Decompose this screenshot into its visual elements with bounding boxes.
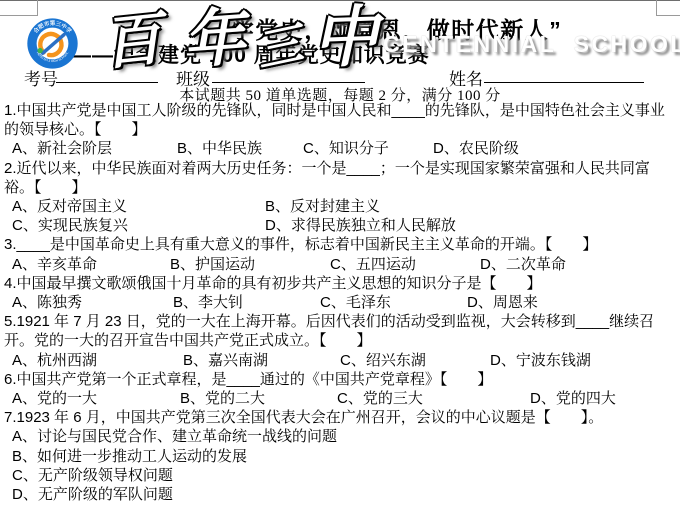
question-5: 5.1921 年 7 月 23 日，党的一大在上海开幕。后因代表们的活动受到监视…	[4, 312, 676, 370]
question-options: A、陈独秀 B、李大钊 C、毛泽东 D、周恩来	[4, 293, 676, 312]
question-options: A、反对帝国主义 B、反对封建主义 C、实现民族复兴 D、求得民族独立和人民解放	[4, 197, 676, 235]
option: C、实现民族复兴	[12, 216, 265, 235]
question-options: A、新社会阶层 B、中华民族 C、知识分子 D、农民阶级	[4, 139, 676, 158]
option: D、党的四大	[530, 389, 616, 408]
question-3: 3.____是中国革命史上具有重大意义的事件，标志着中国新民主主义革命的开端。【…	[4, 235, 676, 273]
question-text: 4.中国最早撰文歌颂俄国十月革命的具有初步共产主义思想的知识分子是【 】	[4, 274, 676, 293]
question-text: 3.____是中国革命史上具有重大意义的事件，标志着中国新民主主义革命的开端。【…	[4, 235, 676, 254]
option: B、党的二大	[180, 389, 337, 408]
question-options: A、杭州西湖 B、嘉兴南湖 C、绍兴东湖 D、宁波东钱湖	[4, 351, 676, 370]
option: A、辛亥革命	[12, 255, 170, 274]
option: C、毛泽东	[320, 293, 467, 312]
option: C、五四运动	[330, 255, 480, 274]
option: D、周恩来	[467, 293, 538, 312]
option: D、无产阶级的军队问题	[12, 485, 676, 504]
question-options: A、党的一大 B、党的二大 C、党的三大 D、党的四大	[4, 389, 676, 408]
crop-mark-top-left	[0, 0, 38, 16]
watermark-char: 百	[100, 9, 164, 73]
question-1: 1.中国共产党是中国工人阶级的先锋队，同时是中国人民和____的先锋队，是中国特…	[4, 101, 676, 159]
question-text: 6.中国共产党第一个正式章程，是____通过的《中国共产党章程》【 】	[4, 370, 676, 389]
question-2: 2.近代以来，中华民族面对着两大历史任务：一个是____；一个是实现国家繁荣富强…	[4, 159, 676, 236]
option: A、新社会阶层	[12, 139, 177, 158]
question-4: 4.中国最早撰文歌颂俄国十月革命的具有初步共产主义思想的知识分子是【 】 A、陈…	[4, 274, 676, 312]
question-text: 7.1923 年 6 月，中国共产党第三次全国代表大会在广州召开，会议的中心议题…	[4, 408, 676, 427]
option: B、护国运动	[170, 255, 330, 274]
question-text: 1.中国共产党是中国工人阶级的先锋队，同时是中国人民和____的先锋队，是中国特…	[4, 101, 676, 139]
question-6: 6.中国共产党第一个正式章程，是____通过的《中国共产党章程》【 】 A、党的…	[4, 370, 676, 408]
question-text: 2.近代以来，中华民族面对着两大历史任务：一个是____；一个是实现国家繁荣富强…	[4, 159, 676, 197]
watermark-char: 中	[311, 3, 379, 71]
option: A、杭州西湖	[12, 351, 183, 370]
option: A、陈独秀	[12, 293, 173, 312]
crop-mark-top-right	[656, 0, 680, 16]
watermark-char: 年	[181, 6, 247, 72]
option: B、如何进一步推动工人运动的发展	[12, 447, 676, 466]
question-text: 5.1921 年 7 月 23 日，党的一大在上海开幕。后因代表们的活动受到监视…	[4, 312, 676, 350]
question-7: 7.1923 年 6 月，中国共产党第三次全国代表大会在广州召开，会议的中心议题…	[4, 408, 676, 504]
option: A、反对帝国主义	[12, 197, 265, 216]
watermark-english: CENTENNIAL SCHOOL	[383, 31, 680, 58]
logo-green-dot	[37, 48, 42, 53]
option: A、讨论与国民党合作、建立革命统一战线的问题	[12, 427, 676, 446]
option: A、党的一大	[12, 389, 180, 408]
option: D、农民阶级	[433, 139, 519, 158]
option: B、嘉兴南湖	[183, 351, 340, 370]
school-logo: 合肥市第三中学 HEFEI NO.3 HIGH SCHOOL	[26, 17, 79, 70]
option: B、反对封建主义	[265, 197, 676, 216]
question-options: A、辛亥革命 B、护国运动 C、五四运动 D、二次革命	[4, 255, 676, 274]
option: B、李大钊	[173, 293, 320, 312]
questions-list: 1.中国共产党是中国工人阶级的先锋队，同时是中国人民和____的先锋队，是中国特…	[4, 101, 676, 504]
question-options: A、讨论与国民党合作、建立革命统一战线的问题 B、如何进一步推动工人运动的发展 …	[4, 427, 676, 504]
option: C、党的三大	[337, 389, 530, 408]
option: B、中华民族	[177, 139, 303, 158]
option: D、宁波东钱湖	[490, 351, 591, 370]
field-line-name	[484, 64, 644, 83]
option: D、求得民族独立和人民解放	[265, 216, 676, 235]
option: D、二次革命	[480, 255, 566, 274]
option: C、绍兴东湖	[340, 351, 490, 370]
option: C、知识分子	[303, 139, 433, 158]
option: C、无产阶级领导权问题	[12, 466, 676, 485]
watermark-char: 三	[252, 20, 307, 75]
